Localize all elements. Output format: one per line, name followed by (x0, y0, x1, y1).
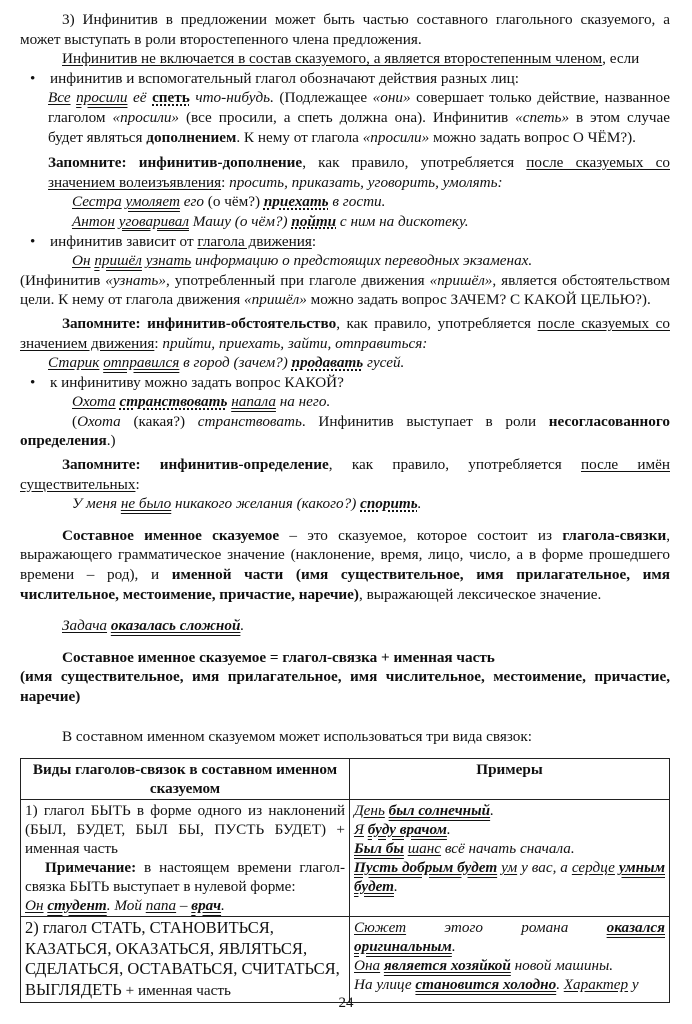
bullet-case1: инфинитив и вспомогательный глагол обозн… (20, 69, 670, 89)
table-header-row: Виды глаголов-связок в составном именном… (21, 759, 670, 800)
rule-underlined: Инфинитив не включается в состав сказуем… (62, 50, 602, 67)
bullet-case3: к инфинитиву можно задать вопрос КАКОЙ? (20, 373, 670, 393)
paragraph-rule: Инфинитив не включается в состав сказуем… (20, 49, 670, 69)
copula-types-table: Виды глаголов-связок в составном именном… (20, 758, 670, 1003)
example-u-menya: У меня не было никакого желания (какого?… (20, 494, 670, 514)
table-cell: День был солнечный. Я буду врачом. Был б… (350, 800, 670, 917)
table-cell: 1) глагол БЫТЬ в форме одного из наклоне… (21, 800, 350, 917)
explain-case3: (Охота (какая?) странствовать. Инфинитив… (20, 412, 670, 451)
table-cell: Сюжет этого романа оказался оригинальным… (350, 917, 670, 1003)
definition-compound-nominal: Составное именное сказуемое – это сказуе… (20, 526, 670, 604)
example-ohota: Охота странствовать напала на него. (20, 392, 670, 412)
table-header: Виды глаголов-связок в составном именном… (21, 759, 350, 800)
example-zadacha: Задача оказалась сложной. (20, 616, 670, 636)
table-intro: В составном именном сказуемом может испо… (20, 727, 670, 747)
table-row: 2) глагол СТАТЬ, СТАНОВИТЬСЯ, КАЗАТЬСЯ, … (21, 917, 670, 1003)
remember-infinitive-attribute: Запомните: инфинитив-определение, как пр… (20, 455, 670, 494)
paragraph-intro: 3) Инфинитив в предложении может быть ча… (20, 10, 670, 49)
formula-list: (имя существительное, имя прилагательное… (20, 667, 670, 706)
document-page: 3) Инфинитив в предложении может быть ча… (20, 10, 670, 1003)
explain-case2: (Инфинитив «узнать», употребленный при г… (20, 271, 670, 310)
remember-infinitive-circumstance: Запомните: инфинитив-обстоятельство, как… (20, 314, 670, 353)
table-cell: 2) глагол СТАТЬ, СТАНОВИТЬСЯ, КАЗАТЬСЯ, … (21, 917, 350, 1003)
formula: Составное именное сказуемое = глагол-свя… (20, 648, 670, 668)
bullet-case2: инфинитив зависит от глагола движения: (20, 232, 670, 252)
example-anton: Антон уговаривал Машу (о чём?) пойти с н… (20, 212, 670, 232)
example-sestra: Сестра умоляет его (о чём?) приехать в г… (20, 192, 670, 212)
example-case1: Все просили её спеть что-нибудь. (Подлеж… (20, 88, 670, 147)
table-row: 1) глагол БЫТЬ в форме одного из наклоне… (21, 800, 670, 917)
example-starik: Старик отправился в город (зачем?) прода… (20, 353, 670, 373)
table-header: Примеры (350, 759, 670, 800)
remember-infinitive-object: Запомните: инфинитив-дополнение, как пра… (20, 153, 670, 192)
example-case2: Он пришёл узнать информацию о предстоящи… (20, 251, 670, 271)
page-number: 24 (0, 994, 692, 1014)
